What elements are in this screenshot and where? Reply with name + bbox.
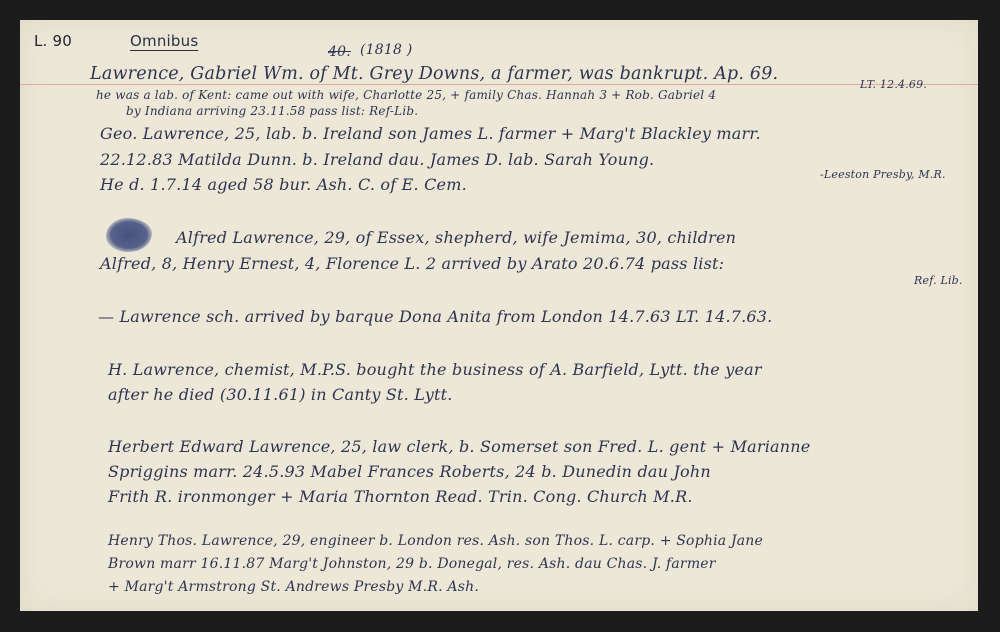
entry-3-line-1: Alfred Lawrence, 29, of Essex, shepherd,… (176, 228, 736, 247)
year-note: (1818 ) (360, 42, 412, 58)
entry-5-line-1: H. Lawrence, chemist, M.P.S. bought the … (108, 360, 762, 379)
entry-6-line-3: Frith R. ironmonger + Maria Thornton Rea… (108, 487, 693, 506)
entry-3-margin-note: Ref. Lib. (914, 274, 963, 287)
entry-1-line-1: Lawrence, Gabriel Wm. of Mt. Grey Downs,… (90, 64, 778, 84)
entry-1-line-3: by Indiana arriving 23.11.58 pass list: … (126, 104, 418, 118)
year-note-struck: 40. (328, 44, 351, 60)
entry-3-line-2: Alfred, 8, Henry Ernest, 4, Florence L. … (100, 254, 724, 273)
card-reference: L. 90 (34, 32, 72, 50)
entry-7-line-3: + Marg't Armstrong St. Andrews Presby M.… (108, 579, 479, 595)
entry-2-margin-note: -Leeston Presby, M.R. (820, 168, 946, 181)
entry-2-line-1: Geo. Lawrence, 25, lab. b. Ireland son J… (100, 124, 761, 143)
entry-5-line-2: after he died (30.11.61) in Canty St. Ly… (108, 385, 453, 404)
index-card: L. 90 Omnibus 40. (1818 ) Lawrence, Gabr… (20, 20, 978, 611)
entry-4-line-1: — Lawrence sch. arrived by barque Dona A… (98, 307, 772, 326)
ink-blot (106, 218, 152, 252)
entry-7-line-1: Henry Thos. Lawrence, 29, engineer b. Lo… (108, 533, 763, 549)
entry-7-line-2: Brown marr 16.11.87 Marg't Johnston, 29 … (108, 556, 716, 572)
entry-6-line-1: Herbert Edward Lawrence, 25, law clerk, … (108, 437, 810, 456)
entry-6-line-2: Spriggins marr. 24.5.93 Mabel Frances Ro… (108, 462, 711, 481)
entry-1-margin-note: LT. 12.4.69. (860, 78, 927, 91)
red-rule-line (20, 84, 978, 85)
entry-2-line-2: 22.12.83 Matilda Dunn. b. Ireland dau. J… (100, 150, 654, 169)
card-heading: Omnibus (130, 32, 198, 50)
entry-1-line-2: he was a lab. of Kent: came out with wif… (96, 88, 716, 102)
entry-2-line-3: He d. 1.7.14 aged 58 bur. Ash. C. of E. … (100, 175, 467, 194)
